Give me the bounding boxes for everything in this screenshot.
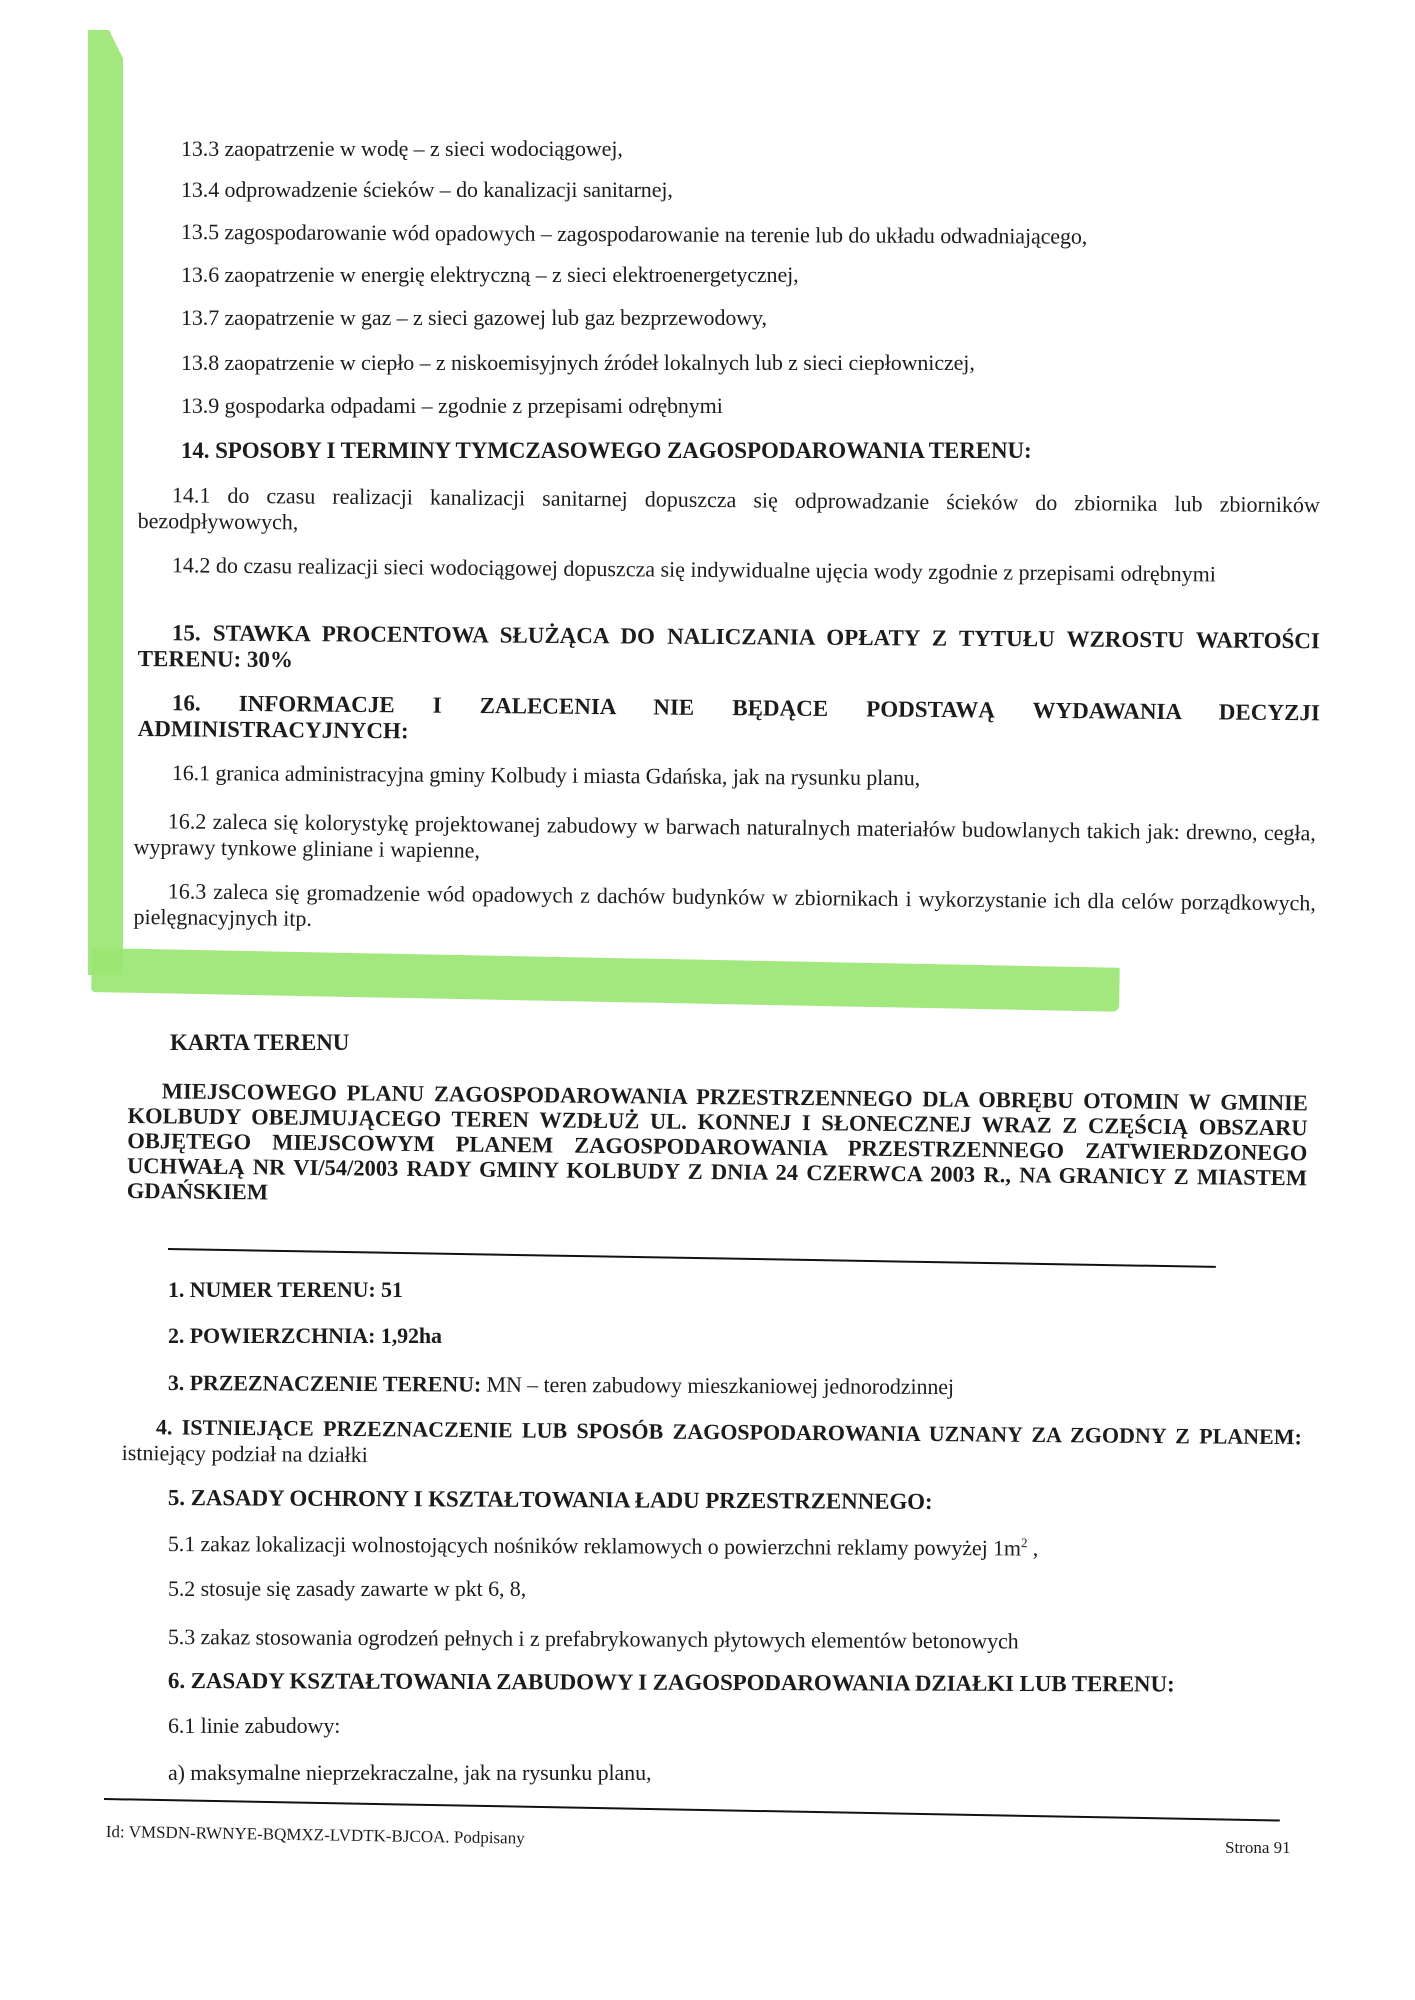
footer-separator <box>104 1798 1280 1822</box>
list-item: 6.1 linie zabudowy: <box>168 1713 340 1739</box>
list-item: 16.3 zaleca się gromadzenie wód opadowyc… <box>133 878 1315 942</box>
section-heading-16: 16. INFORMACJE I ZALECENIA NIE BĘDĄCE PO… <box>138 690 1320 752</box>
list-item: 13.5 zagospodarowanie wód opadowych – za… <box>181 219 1087 250</box>
item-label: 3. PRZEZNACZENIE TERENU: <box>168 1370 481 1397</box>
list-item: a) maksymalne nieprzekraczalne, jak na r… <box>168 1760 651 1786</box>
highlighter-mark-vertical <box>88 30 123 975</box>
list-item: 13.9 gospodarka odpadami – zgodnie z prz… <box>181 393 723 419</box>
list-item: 16.1 granica administracyjna gminy Kolbu… <box>172 760 920 791</box>
karta-title: KARTA TERENU <box>170 1030 349 1056</box>
list-item: 13.8 zaopatrzenie w ciepło – z niskoemis… <box>181 350 975 376</box>
item-tail: , <box>1027 1535 1038 1560</box>
list-item: 13.7 zaopatrzenie w gaz – z sieci gazowe… <box>181 305 767 331</box>
document-page: 13.3 zaopatrzenie w wodę – z sieci wodoc… <box>0 0 1415 2000</box>
section-heading-15: 15. STAWKA PROCENTOWA SŁUŻĄCA DO NALICZA… <box>138 620 1320 680</box>
item-value: istniejący podział na działki <box>122 1440 368 1467</box>
karta-subtitle: MIEJSCOWEGO PLANU ZAGOSPODAROWANIA PRZES… <box>127 1078 1308 1215</box>
separator-line <box>168 1248 1216 1268</box>
list-item: 13.4 odprowadzenie ścieków – do kanaliza… <box>181 177 673 203</box>
list-item: 5.1 zakaz lokalizacji wolnostojących noś… <box>168 1531 1038 1562</box>
page-number: Strona 91 <box>1225 1838 1291 1858</box>
section-heading-14: 14. SPOSOBY I TERMINY TYMCZASOWEGO ZAGOS… <box>181 438 1032 464</box>
list-item: 5.2 stosuje się zasady zawarte w pkt 6, … <box>168 1576 526 1602</box>
list-item: 14.2 do czasu realizacji sieci wodociągo… <box>138 552 1320 588</box>
karta-item-1: 1. NUMER TERENU: 51 <box>168 1277 403 1303</box>
karta-item-4: 4. ISTNIEJĄCE PRZEZNACZENIE LUB SPOSÓB Z… <box>122 1414 1302 1476</box>
karta-item-3: 3. PRZEZNACZENIE TERENU: MN – teren zabu… <box>168 1370 954 1400</box>
karta-item-2: 2. POWIERZCHNIA: 1,92ha <box>168 1323 442 1349</box>
list-item: 13.3 zaopatrzenie w wodę – z sieci wodoc… <box>181 136 623 162</box>
highlighter-mark-horizontal <box>91 948 1120 1012</box>
item-value: MN – teren zabudowy mieszkaniowej jednor… <box>481 1372 954 1399</box>
karta-item-5-heading: 5. ZASADY OCHRONY I KSZTAŁTOWANIA ŁADU P… <box>168 1485 933 1515</box>
list-item: 16.2 zaleca się kolorystykę projektowane… <box>133 808 1315 872</box>
item-text: 5.1 zakaz lokalizacji wolnostojących noś… <box>168 1531 1021 1560</box>
document-id: Id: VMSDN-RWNYE-BQMXZ-LVDTK-BJCOA. Podpi… <box>106 1822 525 1849</box>
list-item: 14.1 do czasu realizacji kanalizacji san… <box>138 482 1320 544</box>
list-item: 13.6 zaopatrzenie w energię elektryczną … <box>181 262 799 288</box>
karta-item-6-heading: 6. ZASADY KSZTAŁTOWANIA ZABUDOWY I ZAGOS… <box>168 1668 1175 1698</box>
list-item: 5.3 zakaz stosowania ogrodzeń pełnych i … <box>168 1624 1019 1654</box>
